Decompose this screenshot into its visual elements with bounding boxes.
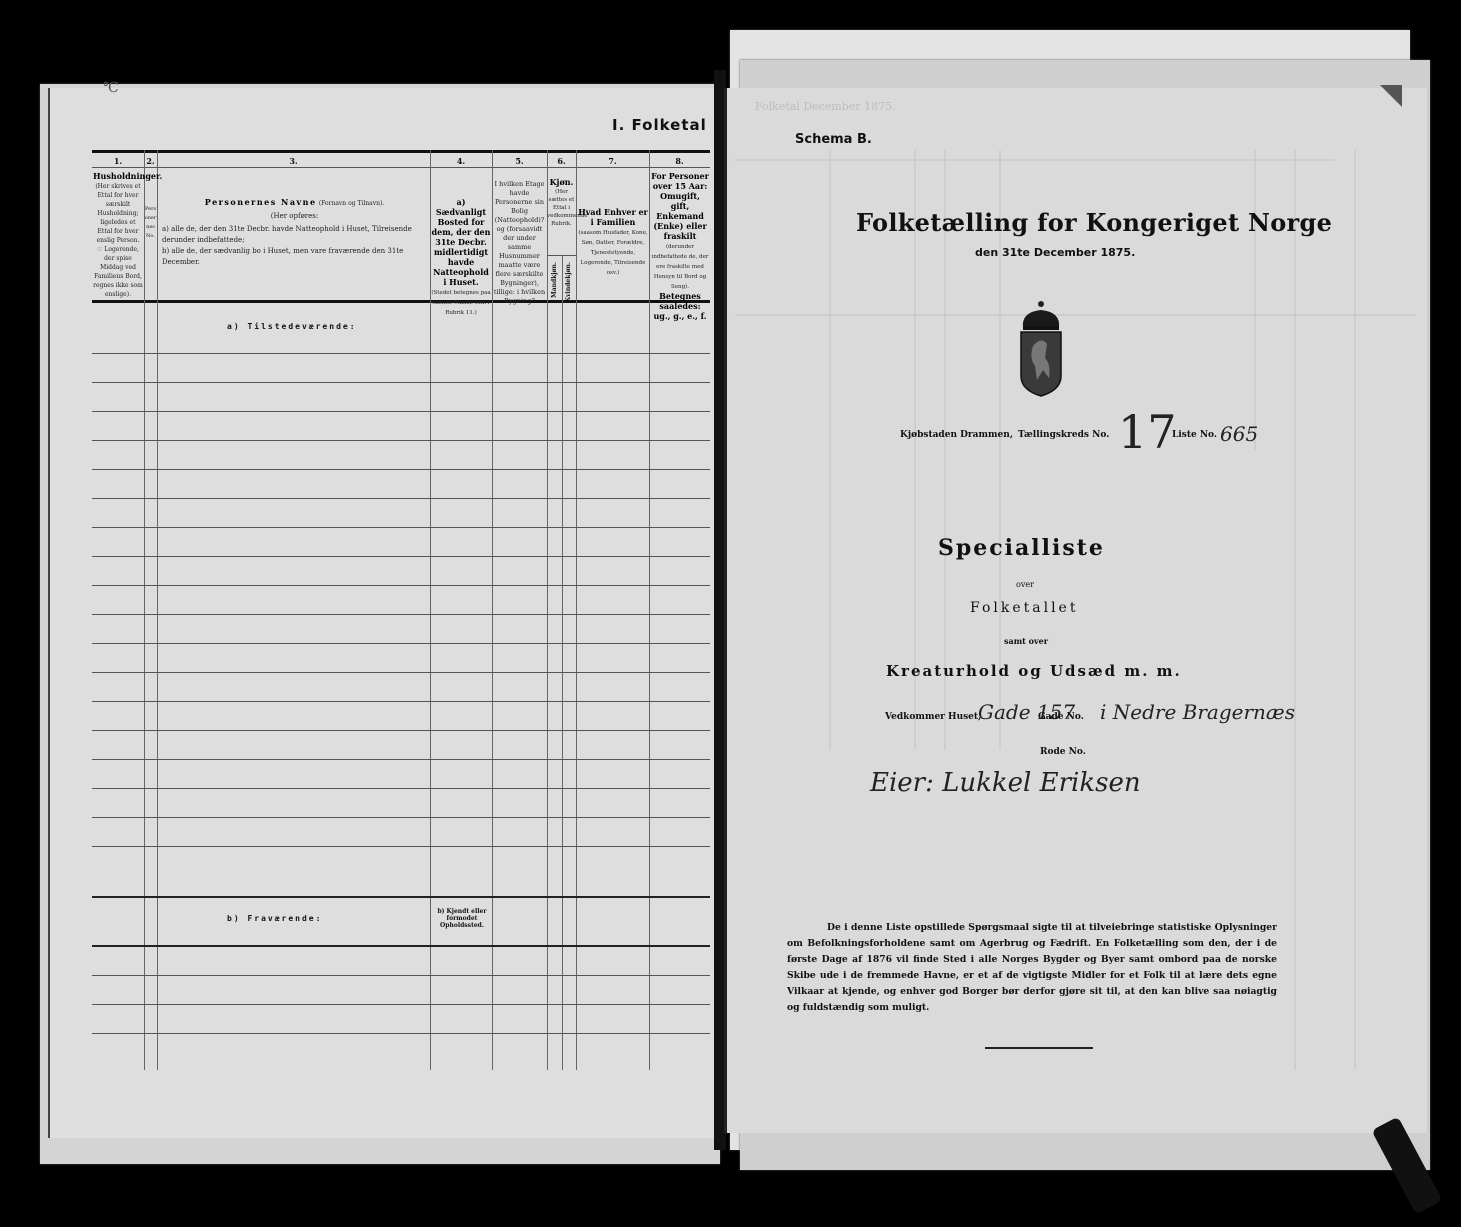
row-rule (92, 1004, 710, 1005)
col2-header: Personernes No. (144, 205, 157, 241)
house-label: Vedkommer Huset, (885, 712, 981, 722)
header-bottom-rule (92, 300, 710, 303)
left-page-title: I. Folketal (612, 116, 707, 134)
col6-male: Mandkjøn. (551, 262, 558, 298)
row-rule (92, 643, 710, 644)
colnum-3: 3. (157, 156, 430, 166)
section-rule (92, 896, 710, 898)
closing-rule (985, 1047, 1093, 1049)
col-divider-6-sub (562, 255, 563, 1070)
row-rule (92, 440, 710, 441)
col-divider-6 (576, 150, 577, 1070)
col-divider-5 (547, 150, 548, 1070)
absent-location-header: b) Kjendt eller formodet Opholdssted. (432, 908, 492, 929)
list-label: Liste No. (1172, 430, 1217, 440)
col-divider-1 (144, 150, 145, 1070)
section-rule (92, 945, 710, 947)
samt-over-label: samt over (1004, 636, 1048, 646)
rode-label: Rode No. (1040, 747, 1086, 757)
coat-of-arms-icon (1015, 298, 1067, 398)
row-rule (92, 614, 710, 615)
row-rule (92, 672, 710, 673)
col8-header: For Personer over 15 Aar: Omugift, gift,… (650, 172, 710, 322)
section-present-label: a) Tilstedeværende: (227, 322, 357, 331)
colnum-8: 8. (649, 156, 710, 166)
row-rule (92, 701, 710, 702)
colnum-5: 5. (492, 156, 547, 166)
row-rule (92, 353, 710, 354)
table-top-rule (92, 150, 710, 153)
over-label: over (1016, 580, 1034, 589)
instruction-paragraph: De i denne Liste opstillede Spørgsmaal s… (787, 920, 1277, 1016)
specialliste-heading: Specialliste (938, 535, 1105, 561)
col6-female: Kvindekjøn. (565, 262, 572, 302)
kreaturhold-heading: Kreaturhold og Udsæd m. m. (886, 662, 1182, 680)
colnum-2: 2. (144, 156, 157, 166)
col-divider-2 (157, 150, 158, 1070)
row-rule (92, 975, 710, 976)
schema-label: Schema B. (795, 132, 872, 147)
col1-header: Husholdninger. (Her skrives et Ettal for… (93, 172, 143, 299)
census-table: 1. 2. 3. 4. 5. 6. 7. 8. Husholdninger. (… (92, 150, 710, 1070)
colnum-1: 1. (92, 156, 144, 166)
row-rule (92, 846, 710, 847)
colnum-7: 7. (576, 156, 649, 166)
row-rule (92, 585, 710, 586)
row-rule (92, 411, 710, 412)
street-value: i Nedre Bragernæs (1100, 700, 1295, 724)
owner-line: Eier: Lukkel Eriksen (870, 768, 1141, 798)
folded-corner (1380, 85, 1402, 107)
col6-header: Kjøn. (Her sættes et Ettal i vedkommende… (547, 178, 576, 228)
census-date: den 31te December 1875. (975, 246, 1135, 259)
section-absent-label: b) Fraværende: (227, 914, 322, 923)
col4-header: a) Sædvanligt Bosted for dem, der den 31… (431, 198, 491, 318)
row-rule (92, 817, 710, 818)
district-number: 17 (1118, 405, 1177, 459)
district-label: Tællingskreds No. (1018, 430, 1109, 440)
list-number: 665 (1220, 422, 1258, 446)
folketallet-heading: Folketallet (970, 600, 1078, 616)
town-label: Kjøbstaden Drammen, (900, 430, 1013, 440)
row-rule (92, 556, 710, 557)
col3-header: Personernes Navne (Fornavn og Tilnavn). … (162, 198, 427, 268)
street-label: Gade No. (1038, 712, 1084, 722)
row-rule (92, 759, 710, 760)
document-title: Folketælling for Kongeriget Norge (856, 208, 1332, 237)
row-rule (92, 1033, 710, 1034)
colnum-6: 6. (547, 156, 576, 166)
col7-header: Hvad Enhver er i Familien (saasom Husfad… (577, 208, 649, 278)
colnum-rule (92, 167, 710, 168)
row-rule (92, 382, 710, 383)
row-rule (92, 498, 710, 499)
corner-mark: ℃ (103, 80, 119, 96)
colnum-4: 4. (430, 156, 492, 166)
ghost-header: Folketal December 1875. (755, 100, 896, 113)
col5-header: I hvilken Etage havde Personerne sin Bol… (493, 180, 546, 306)
row-rule (92, 788, 710, 789)
row-rule (92, 730, 710, 731)
row-rule (92, 527, 710, 528)
row-rule (92, 469, 710, 470)
kjon-sub-rule (547, 255, 576, 256)
